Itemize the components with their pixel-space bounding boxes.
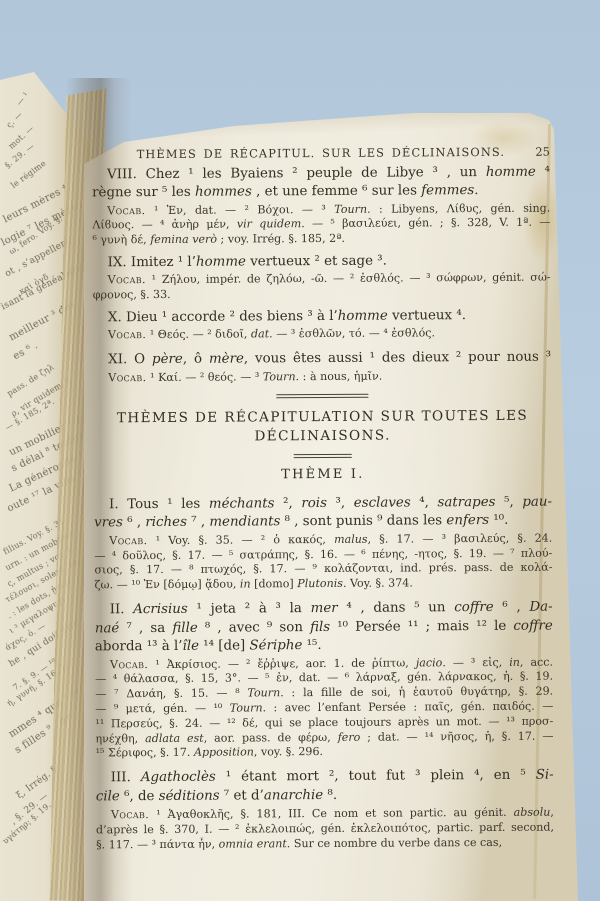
text-line: ζω. — ¹⁰ Ἐν [δόμῳ] ᾅδου, in [domo] Pluto…: [94, 576, 552, 594]
text-line: cile ⁶, de séditions ⁷ et d’anarchie ⁸.: [96, 785, 554, 806]
text-line: II. Acrisius ¹ jeta ² à ³ la mer ⁴ , dan…: [95, 599, 553, 620]
section-x-text: X. Dieu ¹ accorde ² des biens ³ à l’homm…: [93, 307, 551, 328]
section-x-vocab: Vocab. ¹ Θεός. — ² διδοῖ, dat. — ³ ἐσθλῶ…: [93, 326, 551, 344]
text-line: Vocab. ¹ Καί. — ² θεός. — ³ Tourn. : à n…: [93, 368, 551, 386]
text-line: ¹⁵ Σέριφος, §. 17. Apposition, voy. §. 2…: [96, 744, 554, 762]
chapter-title: THÈMES DE RÉCAPITULATION SUR TOUTES LESD…: [93, 407, 551, 448]
theme-heading: THÈME I.: [94, 465, 552, 486]
text-line: aborda ¹³ à l’île ¹⁴ [de] Sériphe ¹⁵.: [95, 636, 553, 657]
right-page: THÈMES DE RÉCAPITUL. SUR LES DÉCLINAISON…: [84, 100, 578, 901]
text-line: Λίϐυος. — ⁴ ἀνὴρ μέν, vir quidem. — ⁵ βα…: [92, 216, 550, 234]
theme-i-text: I. Tous ¹ les méchants ², rois ³, esclav…: [94, 493, 552, 533]
section-xi-text: XI. O père, ô mère, vous êtes aussi ¹ de…: [93, 349, 551, 370]
text-line: règne sur ⁵ les hommes , et une femme ⁶ …: [92, 182, 550, 203]
theme-i-vocab: Vocab. ¹ Voy. §. 35. — ² ὁ κακός, malus,…: [94, 531, 552, 593]
text-line: DÉCLINAISONS.: [94, 426, 552, 448]
text-line: X. Dieu ¹ accorde ² des biens ³ à l’homm…: [93, 307, 551, 328]
running-header-title: THÈMES DE RÉCAPITUL. SUR LES DÉCLINAISON…: [137, 145, 506, 161]
theme-iii-vocab: Vocab. ¹ Ἀγαθοκλῆς, §. 181, III. Ce nom …: [96, 806, 554, 853]
section-xi-vocab: Vocab. ¹ Καί. — ² θεός. — ³ Tourn. : à n…: [93, 368, 551, 386]
text-line: Vocab. ¹ Ζήλου, impér. de ζηλόω, -ῶ. — ²…: [93, 271, 551, 289]
text-line: IX. Imitez ¹ l’homme vertueux ² et sage …: [93, 251, 551, 272]
text-line: σιος, §. 17. — ⁸ πτωχός, §. 17. — ⁹ κολά…: [94, 561, 552, 579]
running-header: THÈMES DE RÉCAPITUL. SUR LES DÉCLINAISON…: [92, 143, 550, 164]
page-number: 25: [535, 143, 550, 162]
theme-iii-text: III. Agathoclès ¹ étant mort ², tout fut…: [96, 767, 554, 807]
text-line: Vocab. ¹ Θεός. — ² διδοῖ, dat. — ³ ἐσθλῶ…: [93, 326, 551, 344]
text-line: φρονος, §. 33.: [93, 286, 551, 304]
text-line: THÈMES DE RÉCAPITULATION SUR TOUTES LES: [93, 407, 551, 429]
section-viii-text: VIII. Chez ¹ les Byaiens ² peuple de Lib…: [92, 163, 550, 203]
theme-ii-vocab: Vocab. ¹ Ἀκρίσιος. — ² ἔῤῥιψε, aor. 1. d…: [95, 655, 554, 761]
page-text: THÈMES DE RÉCAPITUL. SUR LES DÉCLINAISON…: [92, 143, 554, 853]
text-line: VIII. Chez ¹ les Byaiens ² peuple de Lib…: [92, 163, 550, 184]
text-line: XI. O père, ô mère, vous êtes aussi ¹ de…: [93, 349, 551, 370]
text-line: §. 117. — ³ πάντα ἦν, omnia erant. Sur c…: [96, 835, 554, 853]
text-line: naé ⁷ , sa fille ⁸ , avec ⁹ son fils ¹⁰ …: [95, 617, 553, 638]
text-line: vres ⁶ , riches ⁷ , mendiants ⁸ , sont p…: [94, 512, 552, 533]
text-line: III. Agathoclès ¹ étant mort ², tout fut…: [96, 767, 554, 788]
section-viii-vocab: Vocab. ¹ Ἐν, dat. — ² Βόχοι. — ³ Tourn. …: [92, 201, 550, 248]
small-rule-divider: [294, 454, 352, 459]
text-line: ⁶ γυνὴ δέ, femina verò ; voy. Irrég. §. …: [92, 231, 550, 249]
book-photograph: — ¹ς. —mot. —§. 29. —le régimeω, fero. V…: [0, 0, 600, 901]
section-ix-vocab: Vocab. ¹ Ζήλου, impér. de ζηλόω, -ῶ. — ²…: [93, 271, 551, 303]
double-rule-divider: [276, 393, 368, 398]
section-ix-text: IX. Imitez ¹ l’homme vertueux ² et sage …: [93, 251, 551, 272]
theme-ii-text: II. Acrisius ¹ jeta ² à ³ la mer ⁴ , dan…: [95, 599, 553, 657]
